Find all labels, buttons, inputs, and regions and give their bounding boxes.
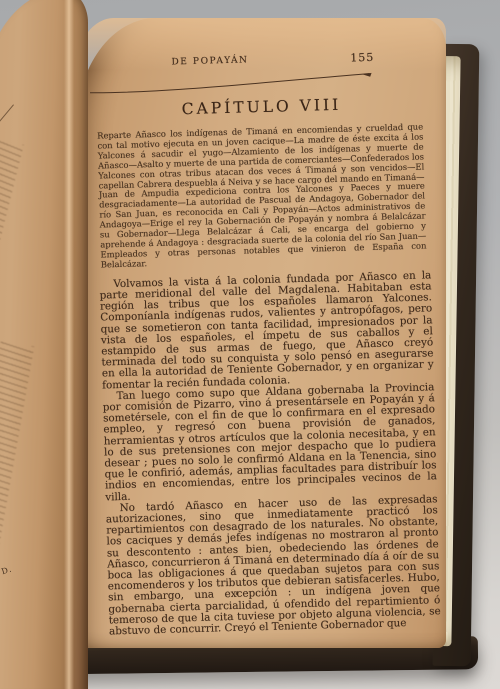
left-page-curl: A. D.	[0, 0, 88, 689]
body-paragraph: Tan luego como supo que Aldana gobernaba…	[102, 382, 437, 503]
left-page-text-fragment	[0, 139, 24, 260]
signature-mark: A. D.	[0, 564, 13, 580]
book-photo: A. D. DE POPAYÁN 155 CAPÍTULO VIII Repar…	[0, 0, 500, 689]
header-rule-with-arrow	[88, 69, 388, 95]
left-page-fold-highlight	[64, 0, 74, 689]
left-page-text-fragment	[0, 341, 34, 558]
page-number: 155	[350, 51, 374, 65]
page-content: DE POPAYÁN 155 CAPÍTULO VIII Reparte Aña…	[93, 49, 443, 637]
left-page-rule-fragment	[0, 104, 14, 132]
book-page: DE POPAYÁN 155 CAPÍTULO VIII Reparte Aña…	[76, 18, 446, 648]
body-paragraph: No tardó Añasco en hacer uso de las expr…	[105, 494, 441, 638]
running-title: DE POPAYÁN	[171, 55, 248, 67]
body-paragraph: Volvamos la vista á la colonia fundada p…	[99, 270, 434, 391]
chapter-title: CAPÍTULO VIII	[94, 93, 428, 120]
chapter-summary: Reparte Añasco los indígenas de Timaná e…	[97, 122, 427, 270]
